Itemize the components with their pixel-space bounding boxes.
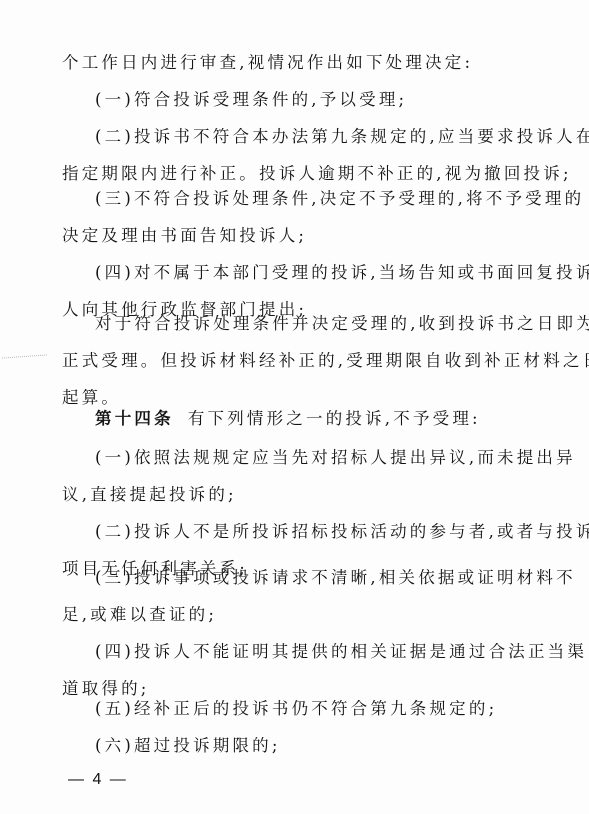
clause-item-4: (四)对不属于本部门受理的投诉,当场告知或书面回复投诉 bbox=[95, 262, 589, 284]
text-line: 足,或难以查证的; bbox=[62, 604, 217, 626]
article-item-3: (三)投诉事项或投诉请求不清晰,相关依据或证明材料不 bbox=[95, 567, 576, 589]
text-line: 正式受理。但投诉材料经补正的,受理期限自收到补正材料之日 bbox=[62, 350, 589, 372]
paragraph-line: 对于符合投诉处理条件并决定受理的,收到投诉书之日即为 bbox=[95, 313, 589, 335]
clause-item-2: (二)投诉书不符合本办法第九条规定的,应当要求投诉人在 bbox=[95, 126, 589, 148]
article-item-1: (一)依照法规规定应当先对招标人提出异议,而未提出异 bbox=[95, 447, 576, 469]
article-item-2: (二)投诉人不是所投诉招标投标活动的参与者,或者与投诉 bbox=[95, 521, 589, 543]
text-line: 指定期限内进行补正。投诉人逾期不补正的,视为撤回投诉; bbox=[62, 163, 572, 185]
scan-artifact bbox=[2, 354, 47, 359]
article-heading: 第十四条 bbox=[95, 409, 174, 428]
article-body: 有下列情形之一的投诉,不予受理: bbox=[188, 409, 481, 428]
text-line: 决定及理由书面告知投诉人; bbox=[62, 225, 307, 247]
article-item-5: (五)经补正后的投诉书仍不符合第九条规定的; bbox=[95, 698, 497, 720]
clause-item-1: (一)符合投诉受理条件的,予以受理; bbox=[95, 89, 407, 111]
page-number: — 4 — bbox=[68, 771, 128, 789]
text-line: 道取得的; bbox=[62, 678, 150, 700]
clause-item-3: (三)不符合投诉处理条件,决定不予受理的,将不予受理的 bbox=[95, 188, 584, 210]
text-line: 个工作日内进行审查,视情况作出如下处理决定: bbox=[62, 52, 473, 74]
article-14: 第十四条有下列情形之一的投诉,不予受理: bbox=[95, 408, 481, 430]
text-line: 议,直接提起投诉的; bbox=[62, 484, 237, 506]
article-item-6: (六)超过投诉期限的; bbox=[95, 735, 281, 757]
text-line: 起算。 bbox=[62, 387, 121, 409]
document-page: 个工作日内进行审查,视情况作出如下处理决定: (一)符合投诉受理条件的,予以受理… bbox=[0, 0, 589, 814]
article-item-4: (四)投诉人不能证明其提供的相关证据是通过合法正当渠 bbox=[95, 641, 587, 663]
